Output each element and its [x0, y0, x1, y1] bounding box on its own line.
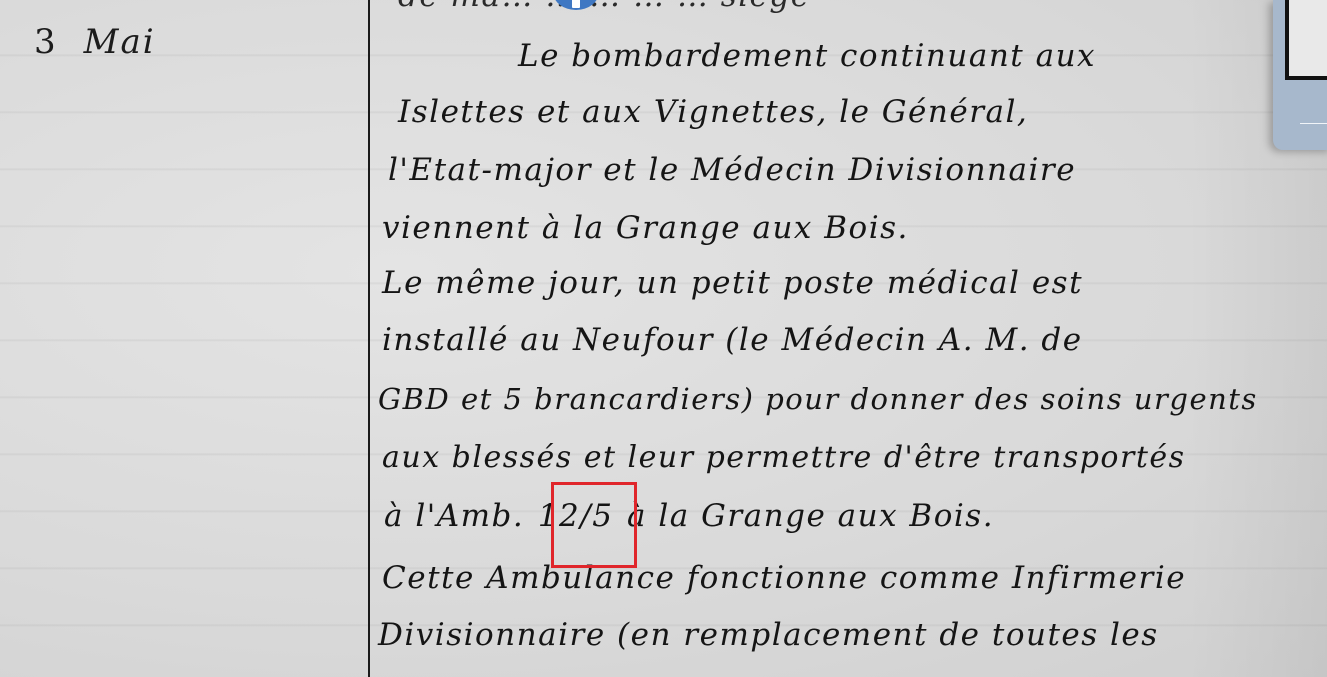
thumbnail-divider	[1300, 123, 1327, 124]
text-segment: à l'Amb.	[384, 498, 524, 534]
info-icon	[572, 0, 580, 8]
text-line: viennent à la Grange aux Bois.	[382, 210, 909, 246]
text-line: Le même jour, un petit poste médical est	[382, 265, 1083, 301]
text-line: GBD et 5 brancardiers) pour donner des s…	[378, 382, 1258, 416]
text-line: l'Etat-major et le Médecin Divisionnaire	[388, 152, 1076, 188]
date-month: Mai	[84, 22, 156, 62]
text-line: Le bombardement continuant aux	[518, 38, 1096, 74]
document-viewer[interactable]: 3Mai de ma… … … … … siège Le bombardemen…	[0, 0, 1327, 677]
date-entry: 3Mai	[34, 22, 156, 62]
margin-rule-line	[368, 0, 370, 677]
red-highlight-box	[551, 482, 637, 568]
date-margin-column: 3Mai	[0, 0, 370, 677]
text-line-ambulance: à l'Amb. 12/5 à la Grange aux Bois.	[384, 498, 994, 534]
page-thumbnail-navigator[interactable]	[1273, 0, 1327, 150]
page-thumbnail[interactable]	[1285, 0, 1327, 80]
text-line: Cette Ambulance fonctionne comme Infirme…	[382, 560, 1186, 596]
text-line: de ma… … … … … siège	[398, 0, 811, 14]
text-line: Divisionnaire (en remplacement de toutes…	[378, 617, 1159, 653]
date-day: 3	[34, 22, 58, 62]
text-segment: à la Grange aux Bois.	[627, 498, 994, 534]
text-line: installé au Neufour (le Médecin A. M. de	[382, 322, 1083, 358]
text-line: aux blessés et leur permettre d'être tra…	[382, 440, 1186, 475]
thumbnail-preview	[1289, 0, 1327, 76]
text-line: Islettes et aux Vignettes, le Général,	[398, 94, 1028, 130]
handwritten-text-body: de ma… … … … … siège Le bombardement con…	[378, 0, 1318, 677]
